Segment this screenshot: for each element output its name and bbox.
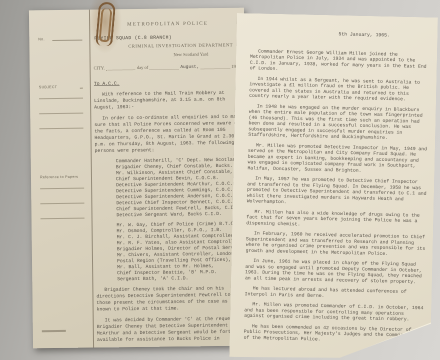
station-line: New Scotland Yard	[173, 51, 242, 58]
body-paragraph: It was decided by Commander 'C' at the r…	[97, 315, 246, 341]
ruled-line	[39, 128, 83, 130]
bio-paragraph: He has lectured abroad and has attended …	[245, 285, 425, 301]
paper-clip-icon	[93, 1, 117, 49]
bio-paragraph: In June, 1961 he was placed in charge of…	[245, 258, 425, 285]
bio-paragraph: In 1944 whilst as a Sergeant, he was sen…	[249, 76, 429, 103]
body-paragraph: In order to co-ordinate all enquiries an…	[94, 113, 243, 154]
biography-date: 5th January, 1965.	[338, 31, 430, 39]
form-code-smudge	[42, 330, 66, 332]
ruled-line	[40, 218, 84, 220]
bio-paragraph: Mr. Millen has also a wide knowledge of …	[246, 209, 426, 230]
ruled-line	[39, 98, 83, 100]
ruled-line	[39, 113, 83, 115]
bio-paragraph: He has been commended on 42 occasions by…	[244, 323, 424, 344]
ruled-line	[40, 203, 84, 205]
ruled-line	[52, 30, 82, 41]
salutation: To A.C.C.	[94, 79, 243, 87]
body-paragraph: Brigadier Cheney took the chair and on h…	[96, 285, 245, 313]
bio-paragraph: In May, 1957 he was promoted to Detectiv…	[247, 175, 428, 208]
biography-content: 5th January, 1965. Commander Ernest Geor…	[243, 29, 430, 351]
report-content: METROPOLITAN POLICE FLYING SQUAD (C.8 BR…	[93, 16, 246, 342]
dotted-leader	[106, 66, 135, 71]
bio-paragraph: Mr. Millen was promoted Commander of C.I…	[244, 301, 424, 322]
bio-paragraph: In 1948 he was engaged on the murder enq…	[248, 103, 429, 142]
form-no-row: No.	[38, 30, 82, 42]
reference-label: Reference to Papers	[40, 175, 78, 180]
ruled-line	[79, 78, 82, 89]
bio-paragraph: Mr. Millen was promoted Detective Inspec…	[247, 142, 428, 175]
dotted-leader	[150, 65, 179, 70]
dotted-leader	[201, 64, 230, 69]
date-line: CITY. day of August, 19 63.	[94, 63, 243, 71]
no-label: No.	[38, 37, 44, 41]
form-subject-row: SUBJECT	[39, 78, 83, 90]
date-month: August,	[180, 64, 199, 71]
body-paragraph: With reference to the Mail Train Robbery…	[94, 89, 243, 110]
bio-paragraph: In February, 1960 he received accelerate…	[246, 230, 426, 257]
photo-background: No. SUBJECT Reference to Papers METROPOL…	[0, 0, 440, 360]
subject-label: SUBJECT	[39, 85, 57, 89]
date-prefix: CITY.	[94, 65, 105, 72]
ruled-line	[40, 188, 84, 190]
form-margin-column: No. SUBJECT Reference to Papers	[29, 10, 93, 349]
millen-biography-page: 5th January, 1965. Commander Ernest Geor…	[229, 13, 438, 360]
bio-paragraph: Commander Ernest George William Millen j…	[250, 48, 430, 75]
police-report-page: No. SUBJECT Reference to Papers METROPOL…	[29, 8, 248, 349]
department-line: CRIMINAL INVESTIGATION DEPARTMENT	[128, 42, 242, 50]
form-reference-row: Reference to Papers	[40, 170, 84, 180]
date-day-of: day of	[137, 64, 148, 71]
